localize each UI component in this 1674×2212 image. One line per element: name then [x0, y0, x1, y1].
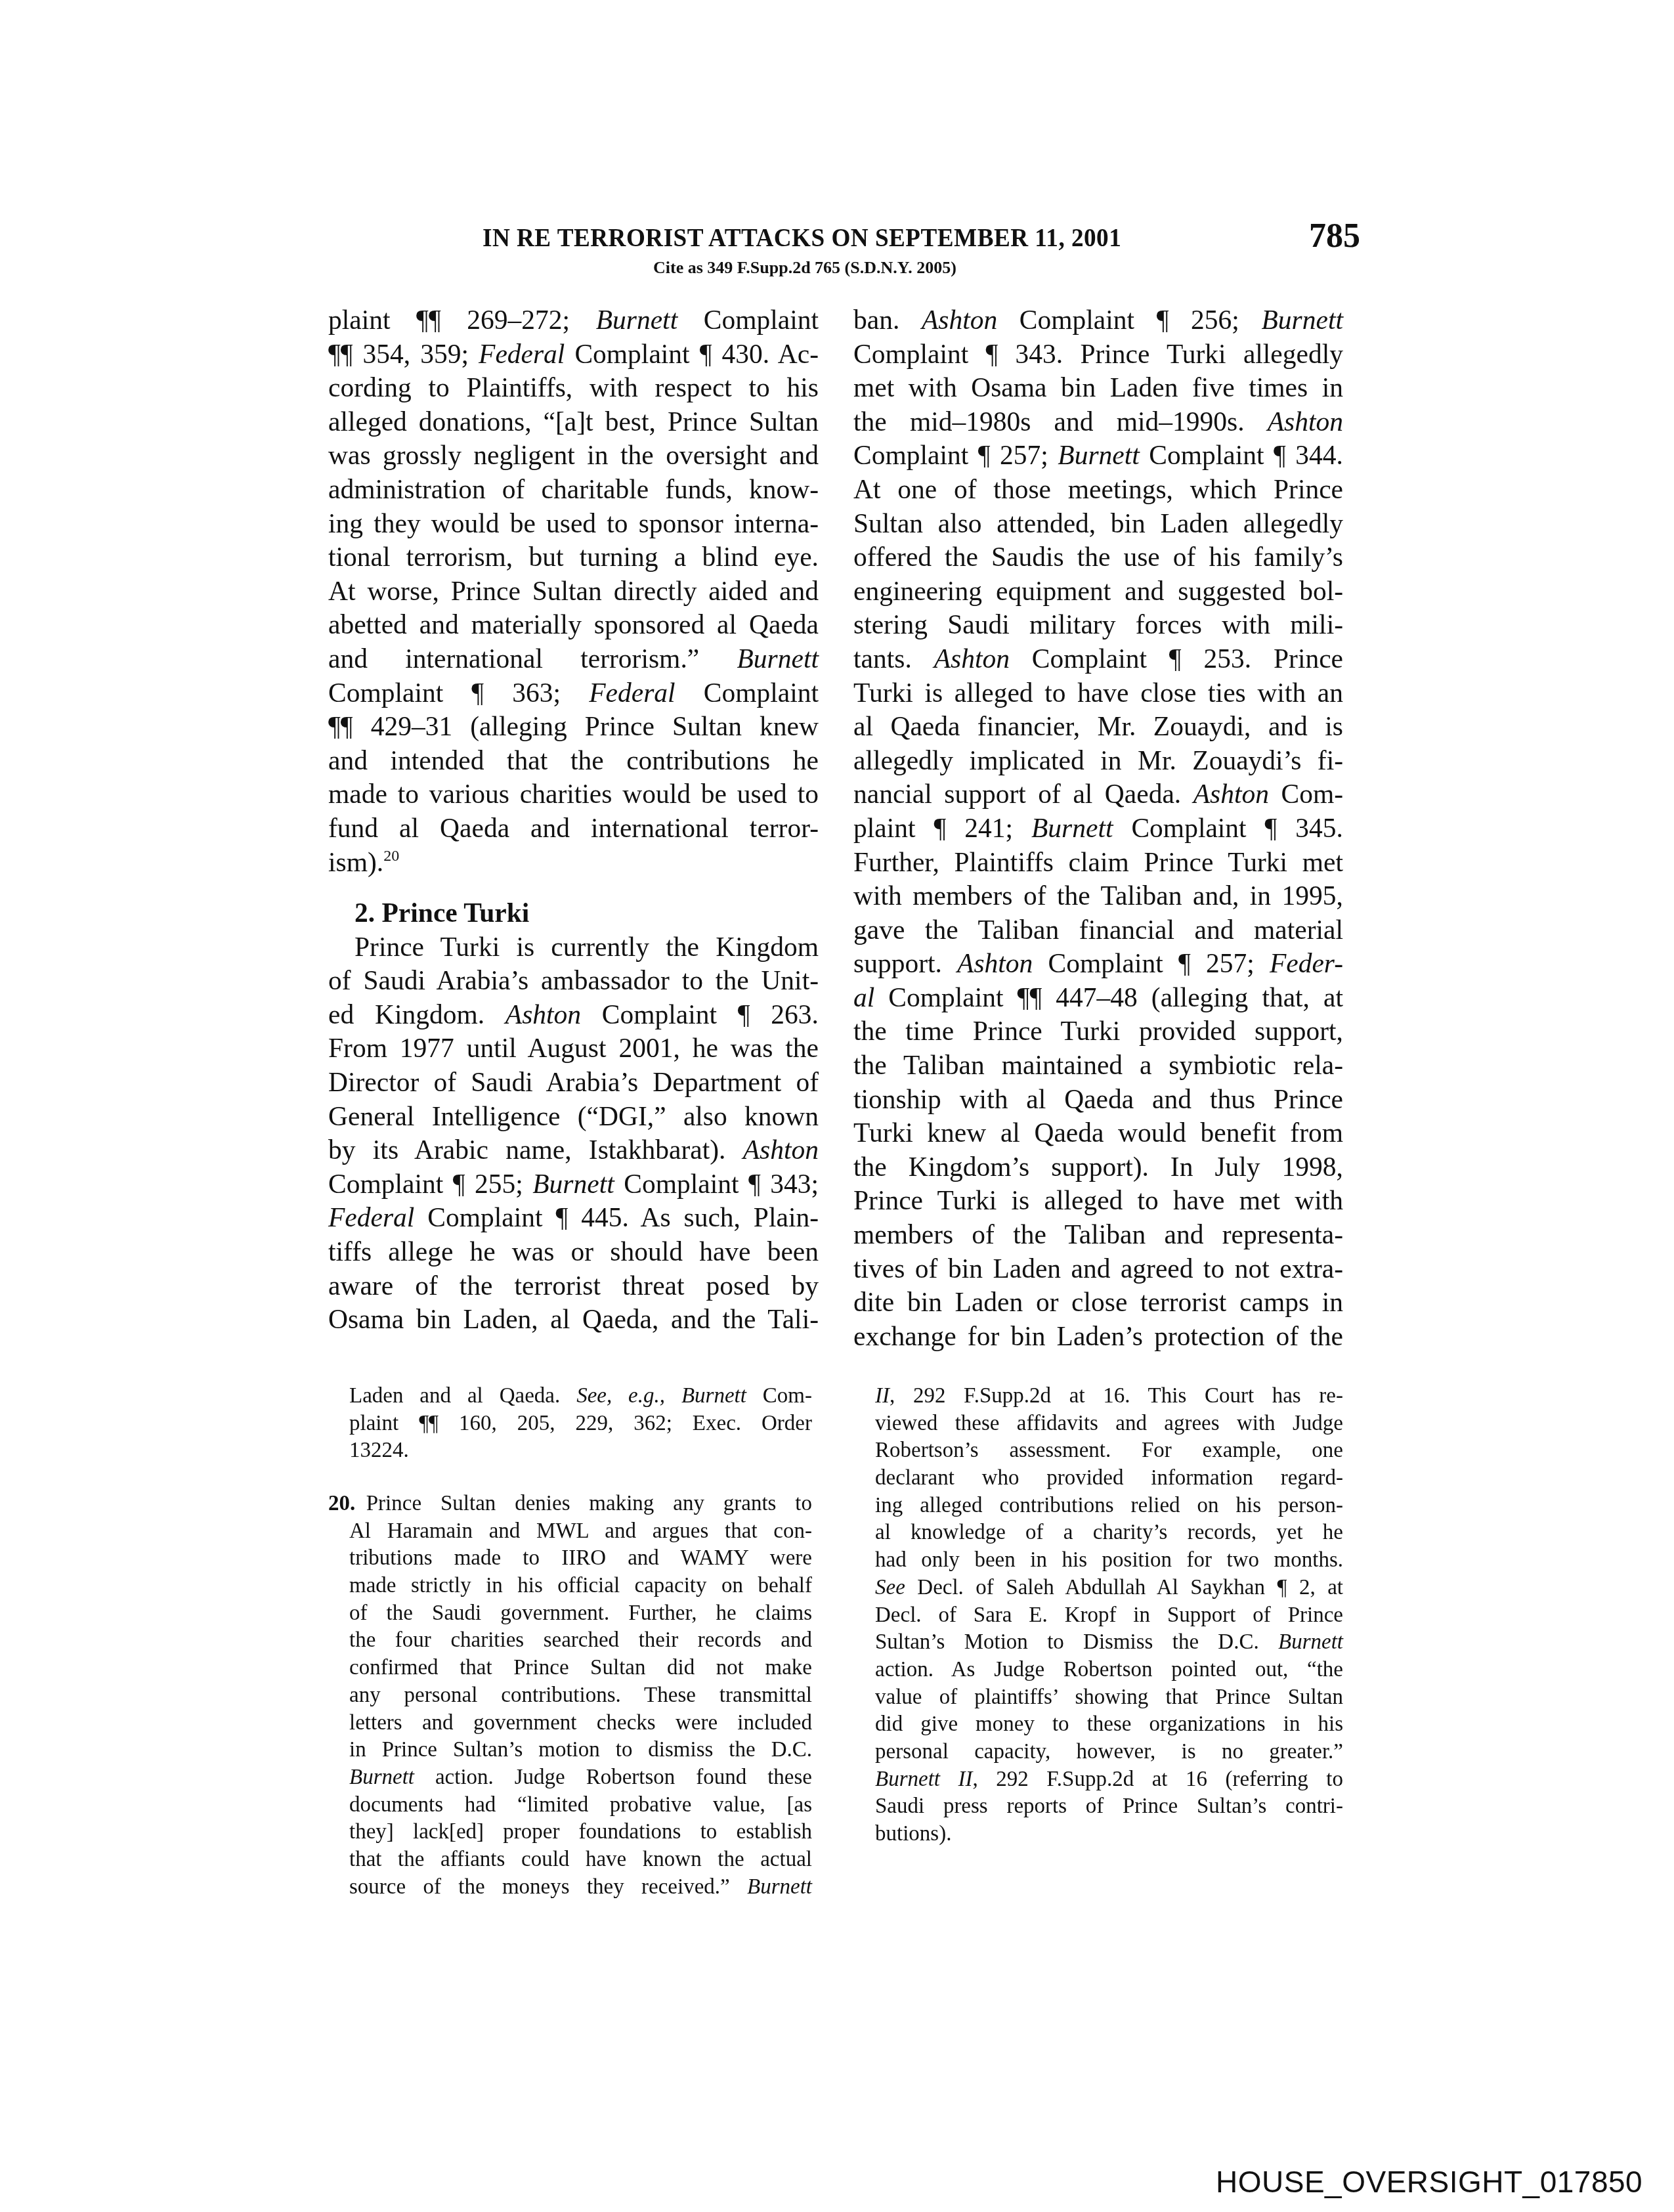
text-line: Sultan’s Motion to Dismiss the D.C. Burn… — [875, 1629, 1343, 1657]
text-line: ism).20 — [328, 846, 819, 880]
text-line: Laden and al Qaeda. See, e.g., Burnett C… — [349, 1383, 812, 1410]
text-line: that the affiants could have known the a… — [328, 1846, 812, 1874]
right-column-body: ban. Ashton Complaint ¶ 256; BurnettComp… — [853, 303, 1343, 1353]
text-line: engineering equipment and suggested bol- — [853, 575, 1343, 609]
text-line: Sultan also attended, bin Laden allegedl… — [853, 507, 1343, 541]
text-line: ban. Ashton Complaint ¶ 256; Burnett — [853, 303, 1343, 337]
case-name: Burnett — [1058, 440, 1139, 470]
case-name: See, e.g., Burnett — [576, 1384, 746, 1408]
text-line: Further, Plaintiffs claim Prince Turki m… — [853, 846, 1343, 880]
text-line: Turki is alleged to have close ties with… — [853, 676, 1343, 710]
text-line: Complaint ¶ 255; Burnett Complaint ¶ 343… — [328, 1167, 819, 1202]
case-name: Ashton — [1268, 406, 1343, 437]
text-line: abetted and materially sponsored al Qaed… — [328, 608, 819, 642]
case-name: Burnett — [532, 1169, 614, 1199]
case-name: Federal — [479, 339, 565, 369]
text-line: nancial support of al Qaeda. Ashton Com- — [853, 777, 1343, 812]
text-line: made strictly in his official capacity o… — [328, 1572, 812, 1600]
case-name: Federal — [589, 678, 675, 708]
text-line: letters and government checks were inclu… — [328, 1710, 812, 1737]
text-line: al Qaeda financier, Mr. Zouaydi, and is — [853, 710, 1343, 744]
case-name: Burnett — [596, 305, 677, 335]
text-line: the mid–1980s and mid–1990s. Ashton — [853, 405, 1343, 439]
text-line: butions). — [875, 1821, 1343, 1848]
text-line: Complaint ¶ 343. Prince Turki allegedly — [853, 337, 1343, 372]
text-line: allegedly implicated in Mr. Zouaydi’s fi… — [853, 744, 1343, 778]
case-name: Burnett — [1262, 305, 1343, 335]
text-line: source of the moneys they received.” Bur… — [328, 1874, 812, 1901]
text-line: al Complaint ¶¶ 447–48 (alleging that, a… — [853, 981, 1343, 1015]
text-line: action. As Judge Robertson pointed out, … — [875, 1657, 1343, 1684]
text-line: Burnett II, 292 F.Supp.2d at 16 (referri… — [875, 1766, 1343, 1794]
text-line: Osama bin Laden, al Qaeda, and the Tali- — [328, 1303, 819, 1337]
footnote-continued: Laden and al Qaeda. See, e.g., Burnett C… — [349, 1383, 812, 1465]
text-line: tributions made to IIRO and WAMY were — [328, 1545, 812, 1572]
text-line: ing alleged contributions relied on his … — [875, 1492, 1343, 1520]
text-line: dite bin Laden or close terrorist camps … — [853, 1286, 1343, 1320]
text-line: offered the Saudis the use of his family… — [853, 540, 1343, 575]
left-column-body: plaint ¶¶ 269–272; Burnett Complaint¶¶ 3… — [328, 303, 819, 1337]
text-line: Prince Turki is currently the Kingdom — [328, 930, 819, 965]
text-line: From 1977 until August 2001, he was the — [328, 1031, 819, 1066]
text-line: Complaint ¶ 257; Burnett Complaint ¶ 344… — [853, 439, 1343, 473]
text-line: al knowledge of a charity’s records, yet… — [875, 1519, 1343, 1547]
case-name: Ashton — [934, 643, 1010, 674]
footnote-20: 20. Prince Sultan denies making any gran… — [328, 1490, 812, 1901]
footnote-lines: II, 292 F.Supp.2d at 16. This Court has … — [875, 1383, 1343, 1848]
footnote-20-continued: II, 292 F.Supp.2d at 16. This Court has … — [875, 1383, 1343, 1848]
case-name: Ashton — [922, 305, 997, 335]
case-name: Burnett — [1031, 813, 1113, 843]
text-line: any personal contributions. These transm… — [328, 1682, 812, 1710]
text-line: documents had “limited probative value, … — [328, 1792, 812, 1819]
text-line: the four charities searched their record… — [328, 1627, 812, 1655]
case-name: Burnett — [737, 643, 819, 674]
text-line: aware of the terrorist threat posed by — [328, 1269, 819, 1303]
case-title: IN RE TERRORIST ATTACKS ON SEPTEMBER 11,… — [483, 222, 1136, 253]
text-line: Decl. of Sara E. Kropf in Support of Pri… — [875, 1602, 1343, 1630]
text-line: At worse, Prince Sultan directly aided a… — [328, 575, 819, 609]
text-line: Prince Turki is alleged to have met with — [853, 1184, 1343, 1218]
text-line: Turki knew al Qaeda would benefit from — [853, 1116, 1343, 1150]
footnote-number: 20. — [328, 1492, 366, 1515]
text-line: Al Haramain and MWL and argues that con- — [328, 1518, 812, 1546]
text-line: of the Saudi government. Further, he cla… — [328, 1600, 812, 1628]
case-name: II — [875, 1384, 890, 1408]
text-line: had only been in his position for two mo… — [875, 1547, 1343, 1574]
body-lines: plaint ¶¶ 269–272; Burnett Complaint¶¶ 3… — [328, 303, 819, 879]
section-heading: 2. Prince Turki — [328, 896, 819, 930]
text-line: personal capacity, however, is no greate… — [875, 1739, 1343, 1766]
case-name: Ashton — [743, 1135, 819, 1165]
text-line: the Kingdom’s support). In July 1998, — [853, 1150, 1343, 1184]
text-line: tives of bin Laden and agreed to not ext… — [853, 1252, 1343, 1286]
text-line: they] lack[ed] proper foundations to est… — [328, 1819, 812, 1846]
text-line: and international terrorism.” Burnett — [328, 642, 819, 676]
text-line: plaint ¶¶ 160, 205, 229, 362; Exec. Orde… — [349, 1410, 812, 1438]
text-line: did give money to these organizations in… — [875, 1711, 1343, 1739]
text-line: by its Arabic name, Istakhbarat). Ashton — [328, 1133, 819, 1167]
text-line: value of plaintiffs’ showing that Prince… — [875, 1684, 1343, 1712]
text-line: tants. Ashton Complaint ¶ 253. Prince — [853, 642, 1343, 676]
text-line: General Intelligence (“DGI,” also known — [328, 1100, 819, 1134]
text-line: Saudi press reports of Prince Sultan’s c… — [875, 1793, 1343, 1821]
text-line: met with Osama bin Laden five times in — [853, 371, 1343, 405]
case-name: See — [875, 1576, 905, 1599]
text-line: with members of the Taliban and, in 1995… — [853, 879, 1343, 913]
case-name: Burnett II — [875, 1767, 972, 1791]
text-line: plaint ¶ 241; Burnett Complaint ¶ 345. — [853, 812, 1343, 846]
text-line: tionship with al Qaeda and thus Prince — [853, 1083, 1343, 1117]
text-line: plaint ¶¶ 269–272; Burnett Complaint — [328, 303, 819, 337]
text-line: tiffs allege he was or should have been — [328, 1235, 819, 1269]
text-line: fund al Qaeda and international terror- — [328, 812, 819, 846]
text-line: Robertson’s assessment. For example, one — [875, 1437, 1343, 1465]
text-line: viewed these affidavits and agrees with … — [875, 1410, 1343, 1438]
text-line: At one of those meetings, which Prince — [853, 473, 1343, 507]
case-name: Ashton — [505, 999, 581, 1030]
bates-stamp: HOUSE_OVERSIGHT_017850 — [1216, 2164, 1642, 2200]
case-name: Burnett — [747, 1875, 812, 1899]
case-name: Federal — [328, 1202, 414, 1232]
text-line: declarant who provided information regar… — [875, 1465, 1343, 1492]
body-lines: ban. Ashton Complaint ¶ 256; BurnettComp… — [853, 303, 1343, 1353]
text-line: exchange for bin Laden’s protection of t… — [853, 1320, 1343, 1354]
text-line: Federal Complaint ¶ 445. As such, Plain- — [328, 1201, 819, 1235]
text-line: ¶¶ 429–31 (alleging Prince Sultan knew — [328, 710, 819, 744]
case-name: Ashton — [1193, 779, 1269, 809]
case-name: al — [853, 982, 874, 1012]
text-line: ¶¶ 354, 359; Federal Complaint ¶ 430. Ac… — [328, 337, 819, 372]
text-line: II, 292 F.Supp.2d at 16. This Court has … — [875, 1383, 1343, 1410]
footnote-reference[interactable]: 20 — [383, 848, 399, 865]
footnote-lines: 20. Prince Sultan denies making any gran… — [328, 1490, 812, 1901]
text-line: 13224. — [349, 1437, 812, 1465]
text-line: cording to Plaintiffs, with respect to h… — [328, 371, 819, 405]
text-line: and intended that the contributions he — [328, 744, 819, 778]
text-line: made to various charities would be used … — [328, 777, 819, 812]
case-name: Burnett — [349, 1766, 414, 1789]
text-line: Burnett action. Judge Robertson found th… — [328, 1764, 812, 1792]
text-line: alleged donations, “[a]t best, Prince Su… — [328, 405, 819, 439]
text-line: Director of Saudi Arabia’s Department of — [328, 1066, 819, 1100]
text-line: stering Saudi military forces with mili- — [853, 608, 1343, 642]
case-name: Feder- — [1270, 948, 1343, 978]
text-line: tional terrorism, but turning a blind ey… — [328, 540, 819, 575]
case-name: Burnett — [1278, 1630, 1343, 1654]
citation-line: Cite as 349 F.Supp.2d 765 (S.D.N.Y. 2005… — [653, 258, 956, 278]
text-line: Complaint ¶ 363; Federal Complaint — [328, 676, 819, 710]
text-line: ing they would be used to sponsor intern… — [328, 507, 819, 541]
text-line: gave the Taliban financial and material — [853, 913, 1343, 947]
text-line: was grossly negligent in the oversight a… — [328, 439, 819, 473]
text-line: See Decl. of Saleh Abdullah Al Saykhan ¶… — [875, 1574, 1343, 1602]
text-line: the time Prince Turki provided support, — [853, 1014, 1343, 1049]
text-line: of Saudi Arabia’s ambassador to the Unit… — [328, 964, 819, 998]
text-line: confirmed that Prince Sultan did not mak… — [328, 1655, 812, 1682]
text-line: administration of charitable funds, know… — [328, 473, 819, 507]
text-line: ed Kingdom. Ashton Complaint ¶ 263. — [328, 998, 819, 1032]
case-name: Ashton — [957, 948, 1033, 978]
page-number: 785 — [1309, 217, 1360, 255]
text-line: 20. Prince Sultan denies making any gran… — [328, 1490, 812, 1518]
text-line: the Taliban maintained a symbiotic rela- — [853, 1049, 1343, 1083]
text-line: members of the Taliban and representa- — [853, 1218, 1343, 1252]
text-line: in Prince Sultan’s motion to dismiss the… — [328, 1737, 812, 1764]
body-lines-after-heading: Prince Turki is currently the Kingdomof … — [328, 930, 819, 1337]
text-line: support. Ashton Complaint ¶ 257; Feder- — [853, 947, 1343, 981]
footnote-lines: Laden and al Qaeda. See, e.g., Burnett C… — [349, 1383, 812, 1465]
